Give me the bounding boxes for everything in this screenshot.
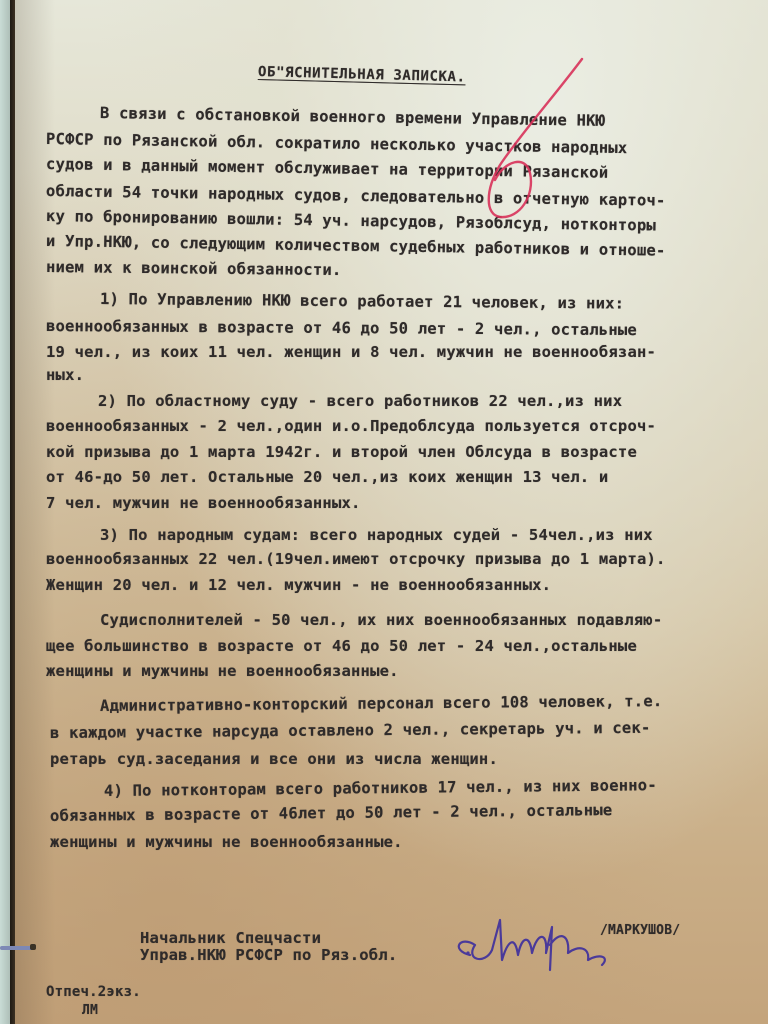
bailiffs-line-1: Судисполнителей - 50 чел., их них военно… [100,611,662,629]
item-2-line-1: 2) По областному суду - всего работников… [98,392,622,410]
handwritten-signature [430,905,630,975]
item-1-line-3: 19 чел., из коих 11 чел. женщин и 8 чел.… [46,343,656,361]
bailiffs-line-2: щее большинство в возрасте от 46 до 50 л… [46,637,637,655]
admin-staff-line-3: ретарь суд.заседания и все они из числа … [50,750,498,768]
binding-thread [0,946,34,950]
item-3-line-2: военнообязанных 22 чел.(19чел.имеют отср… [46,550,666,568]
item-2-line-5: 7 чел. мужчин не военнообязанных. [46,494,361,512]
item-3-line-1: 3) По народным судам: всего народных суд… [100,526,653,544]
binding-hole [30,944,36,950]
item-3-line-3: Женщин 20 чел. и 12 чел. мужчин - не вое… [46,576,551,594]
red-pencil-number-annotation [460,55,590,225]
copies-note: Отпеч.2экз. [46,984,141,1000]
item-2-line-3: кой призыва до 1 марта 1942г. и второй ч… [46,443,637,461]
item-2-line-4: от 46-до 50 лет. Остальные 20 чел.,из ко… [46,468,608,486]
item-4-line-3: женщины и мужчины не военнообязанные. [50,833,403,851]
item-1-line-4: ных. [46,366,84,384]
item-2-line-2: военнообязанных - 2 чел.,один и.о.Предоб… [46,417,656,435]
paragraph-intro-line-7: нием их к воинской обязанности. [46,258,342,279]
document-page [15,0,768,1024]
adjacent-page-edge [0,0,10,1024]
signatory-position-line-1: Начальник Спецчасти [140,929,321,947]
typist-initials: ЛМ [82,1003,98,1018]
signatory-position-line-2: Управ.НКЮ РСФСР по Ряз.обл. [140,946,397,964]
bailiffs-line-3: женщины и мужчины не военнообязанные. [46,662,399,680]
